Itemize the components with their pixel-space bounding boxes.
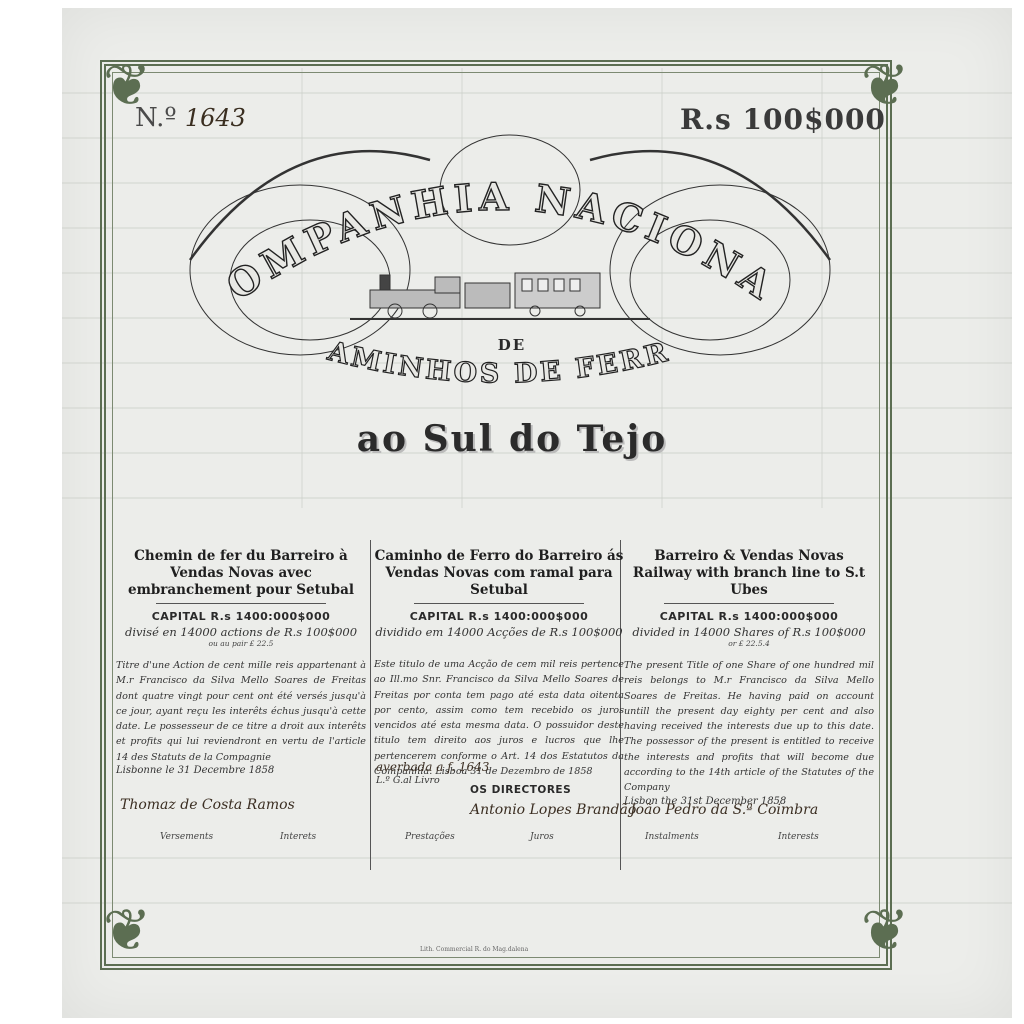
svg-text:CAMINHOS DE FERRO: CAMINHOS DE FERRO bbox=[300, 330, 673, 390]
capital-line: CAPITAL R.s 1400:000$000 bbox=[374, 610, 624, 623]
capital-line: CAPITAL R.s 1400:000$000 bbox=[624, 610, 874, 623]
footer-label: Juros bbox=[530, 832, 554, 842]
divider bbox=[664, 603, 834, 604]
signature-right: João Pedro da S.ª Coimbra bbox=[630, 802, 818, 818]
english-column: Barreiro & Vendas Novas Railway with bra… bbox=[624, 548, 874, 807]
column-heading: Barreiro & Vendas Novas Railway with bra… bbox=[624, 548, 874, 599]
portuguese-column: Caminho de Ferro do Barreiro ás Vendas N… bbox=[374, 548, 624, 779]
french-column: Chemin de fer du Barreiro à Vendas Novas… bbox=[116, 548, 366, 776]
title-ao-sul-do-tejo: ao Sul do Tejo bbox=[0, 418, 1024, 460]
footer-label: Interests bbox=[778, 832, 819, 842]
certificate-text: Titre d'une Action de cent mille reis ap… bbox=[116, 658, 366, 765]
column-heading: Caminho de Ferro do Barreiro ás Vendas N… bbox=[374, 548, 624, 599]
company-subtitle: CAMINHOS DE FERRO bbox=[300, 330, 700, 400]
divider bbox=[156, 603, 326, 604]
signature-middle: Antonio Lopes Brandão bbox=[470, 802, 636, 818]
par-value: ou au pair £ 22.5 bbox=[116, 639, 366, 648]
corner-scroll-icon: ❦ bbox=[92, 895, 162, 965]
locomotive-illustration bbox=[350, 255, 650, 325]
footer-label: Interets bbox=[280, 832, 316, 842]
footer-label: Versements bbox=[160, 832, 213, 842]
footer-label: Prestações bbox=[405, 832, 455, 842]
directors-label: OS DIRECTORES bbox=[470, 784, 571, 796]
footer-label: Instalments bbox=[645, 832, 699, 842]
printer-imprint: Lith. Commercial R. do Mag.dalena bbox=[420, 946, 528, 953]
issue-date: Lisbonne le 31 Decembre 1858 bbox=[116, 765, 366, 776]
divider bbox=[414, 603, 584, 604]
registry-line: averbada a f. 1643 bbox=[376, 760, 489, 774]
division-line: divided in 14000 Shares of R.s 100$000 bbox=[624, 625, 874, 639]
column-divider bbox=[370, 540, 371, 870]
certificate-text: The present Title of one Share of one hu… bbox=[624, 658, 874, 796]
division-line: dividido em 14000 Acções de R.s 100$000 bbox=[374, 625, 624, 639]
signature-left: Thomaz de Costa Ramos bbox=[120, 797, 295, 813]
division-line: divisé en 14000 actions de R.s 100$000 bbox=[116, 625, 366, 639]
column-heading: Chemin de fer du Barreiro à Vendas Novas… bbox=[116, 548, 366, 599]
corner-scroll-icon: ❦ bbox=[850, 895, 920, 965]
par-value: or £ 22.5.4 bbox=[624, 639, 874, 648]
capital-line: CAPITAL R.s 1400:000$000 bbox=[116, 610, 366, 623]
